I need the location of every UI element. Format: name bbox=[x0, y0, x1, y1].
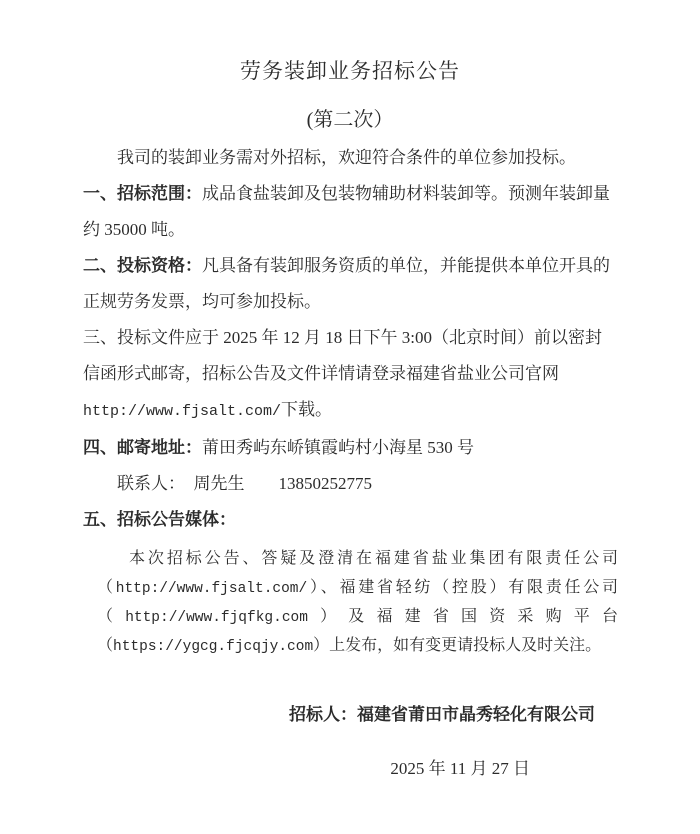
media-line-3-post: ）及福建省国资采购平台 bbox=[308, 608, 618, 625]
document-page: 劳务装卸业务招标公告 (第二次） 我司的装卸业务需对外招标，欢迎符合条件的单位参… bbox=[0, 0, 700, 834]
media-line-2-pre: （ bbox=[97, 579, 116, 596]
media-line-1-pre: 本次招标公告、答疑及澄清在福建省盐业集团有限责任公司 bbox=[129, 550, 618, 567]
media-line-1: 本次招标公告、答疑及澄清在福建省盐业集团有限责任公司 bbox=[97, 545, 618, 574]
media-line-4-url: https://ygcg.fjcqjy.com bbox=[113, 639, 313, 655]
section-2-bid-qualification: 二、投标资格：凡具备有装卸服务资质的单位，并能提供本单位开具的正规劳务发票，均可… bbox=[83, 248, 617, 320]
doc-title: 劳务装卸业务招标公告 bbox=[83, 56, 617, 86]
section-3-label: 三、 bbox=[83, 328, 117, 347]
section-3-text: 投标文件应于 2025 年 12 月 18 日下午 3:00（北京时间）前以密封… bbox=[83, 328, 602, 383]
document-body: 我司的装卸业务需对外招标，欢迎符合条件的单位参加投标。 一、招标范围：成品食盐装… bbox=[83, 140, 617, 538]
section-3-url: http://www.fjsalt.com/ bbox=[83, 403, 281, 420]
contact-line: 联系人： 周先生 13850252775 bbox=[83, 466, 617, 502]
section-1-label: 一、招标范围： bbox=[83, 184, 202, 203]
section-4-text: 莆田秀屿东峤镇霞屿村小海星 530 号 bbox=[202, 438, 474, 457]
media-paragraph: 本次招标公告、答疑及澄清在福建省盐业集团有限责任公司 （http://www.f… bbox=[97, 545, 618, 661]
intro-paragraph: 我司的装卸业务需对外招标，欢迎符合条件的单位参加投标。 bbox=[83, 140, 617, 176]
section-4-mailing-address: 四、邮寄地址：莆田秀屿东峤镇霞屿村小海星 530 号 bbox=[83, 430, 617, 466]
media-line-3-url: http://www.fjqfkg.com bbox=[125, 610, 308, 626]
section-3-bid-documents: 三、投标文件应于 2025 年 12 月 18 日下午 3:00（北京时间）前以… bbox=[83, 320, 617, 430]
media-line-4: （https://ygcg.fjcqjy.com）上发布，如有变更请投标人及时关… bbox=[97, 632, 618, 661]
media-line-4-post: ）上发布，如有变更请投标人及时关注。 bbox=[313, 637, 601, 654]
section-1-bid-scope: 一、招标范围：成品食盐装卸及包装物辅助材料装卸等。预测年装卸量约 35000 吨… bbox=[83, 176, 617, 248]
section-5-label: 五、招标公告媒体： bbox=[83, 510, 236, 529]
section-3-suffix: 下载。 bbox=[281, 400, 332, 419]
media-line-2-post: ）、福建省轻纺（控股）有限责任公司 bbox=[307, 579, 618, 596]
doc-subtitle: (第二次） bbox=[83, 106, 617, 134]
media-line-3: （http://www.fjqfkg.com）及福建省国资采购平台 bbox=[97, 603, 618, 632]
media-line-2-url: http://www.fjsalt.com/ bbox=[116, 581, 307, 597]
section-2-label: 二、投标资格： bbox=[83, 256, 202, 275]
section-4-label: 四、邮寄地址： bbox=[83, 438, 202, 457]
section-5-announcement-media: 五、招标公告媒体： bbox=[83, 502, 617, 538]
media-line-3-pre: （ bbox=[97, 608, 125, 625]
doc-date: 2025 年 11 月 27 日 bbox=[83, 757, 617, 781]
media-line-4-pre: （ bbox=[97, 637, 113, 654]
bidder-signature: 招标人：福建省莆田市晶秀轻化有限公司 bbox=[83, 703, 617, 727]
media-line-2: （http://www.fjsalt.com/）、福建省轻纺（控股）有限责任公司 bbox=[97, 574, 618, 603]
